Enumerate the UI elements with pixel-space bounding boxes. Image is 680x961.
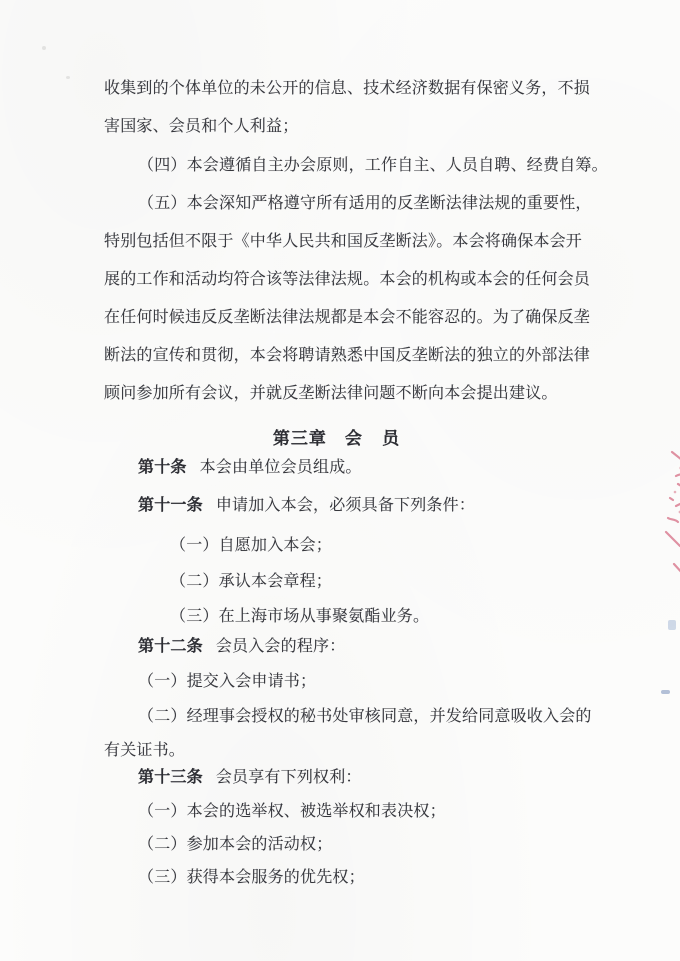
article-text: 会员享有下列权利：	[216, 769, 362, 786]
document-line: （二）参加本会的活动权；	[138, 833, 332, 857]
document-line: 特别包括但不限于《中华人民共和国反垄断法》。本会将确保本会开	[104, 230, 582, 254]
document-line: （三）获得本会服务的优先权；	[138, 866, 365, 890]
scan-speck	[66, 76, 70, 79]
red-seal-fragment	[656, 446, 680, 582]
pen-mark	[661, 690, 670, 694]
document-line: 收集到的个体单位的未公开的信息、技术经济数据有保密义务，不损	[104, 77, 590, 101]
chapter-title: 会 员	[345, 429, 407, 448]
article-text: 申请加入本会，必须具备下列条件：	[216, 497, 475, 514]
document-line: （一）本会的选举权、被选举权和表决权；	[138, 800, 446, 824]
document-line: 害国家、会员和个人利益；	[104, 115, 298, 139]
scan-speck	[42, 46, 46, 50]
chapter-heading: 第三章会 员	[0, 424, 680, 449]
document-line: （三）在上海市场从事聚氨酯业务。	[170, 605, 429, 629]
document-line: （一）提交入会申请书；	[138, 670, 316, 694]
document-line: （五）本会深知严格遵守所有适用的反垄断法律法规的重要性，	[138, 192, 592, 216]
article-line: 第十二条会员入会的程序：	[138, 635, 345, 659]
article-text: 会员入会的程序：	[216, 638, 346, 655]
scanned-document-page: 收集到的个体单位的未公开的信息、技术经济数据有保密义务，不损 害国家、会员和个人…	[0, 0, 680, 961]
article-line: 第十三条会员享有下列权利：	[138, 766, 362, 790]
document-line: 顾问参加所有会议，并就反垄断法律问题不断向本会提出建议。	[104, 382, 558, 406]
article-number: 第十条	[138, 459, 187, 476]
article-number: 第十三条	[138, 769, 203, 786]
document-line: 断法的宣传和贯彻，本会将聘请熟悉中国反垄断法的独立的外部法律	[104, 344, 590, 368]
article-text: 本会由单位会员组成。	[200, 459, 362, 476]
document-line: 有关证书。	[104, 739, 185, 763]
document-line: （四）本会遵循自主办会原则，工作自主、人员自聘、经费自筹。	[138, 154, 608, 178]
chapter-number: 第三章	[273, 429, 327, 448]
article-line: 第十一条申请加入本会，必须具备下列条件：	[138, 494, 475, 518]
article-number: 第十一条	[138, 497, 203, 514]
article-line: 第十条本会由单位会员组成。	[138, 456, 362, 480]
pen-mark	[668, 620, 676, 630]
document-line: （二）经理事会授权的秘书处审核同意，并发给同意吸收入会的	[138, 705, 592, 729]
article-number: 第十二条	[138, 638, 203, 655]
document-line: （二）承认本会章程；	[170, 570, 332, 594]
document-line: 在任何时候违反反垄断法律法规都是本会不能容忍的。为了确保反垄	[104, 306, 590, 330]
document-line: （一）自愿加入本会；	[170, 534, 332, 558]
document-line: 展的工作和活动均符合该等法律法规。本会的机构或本会的任何会员	[104, 268, 590, 292]
